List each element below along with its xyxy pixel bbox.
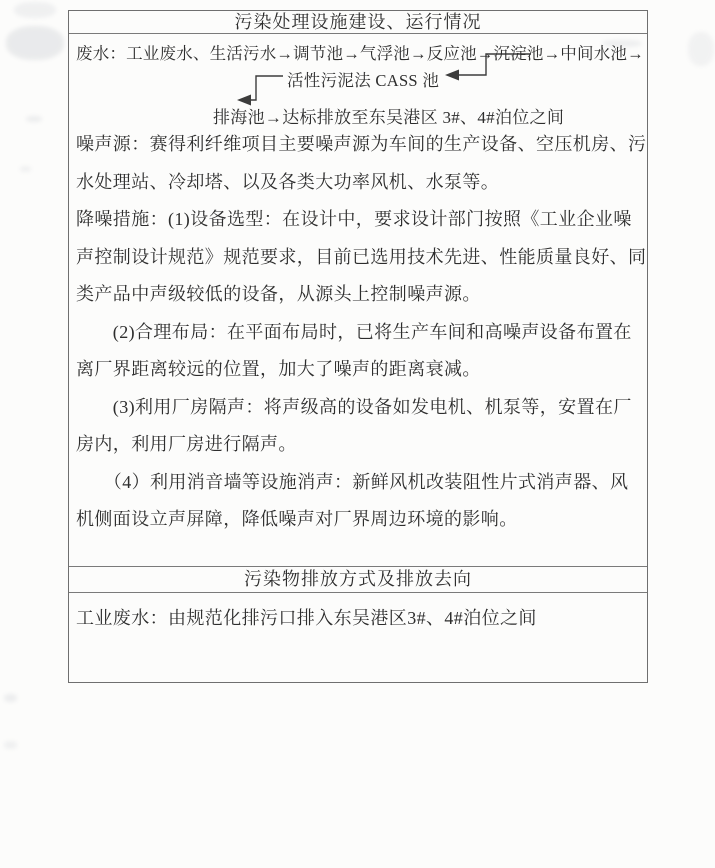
noise-paragraphs: 噪声源：赛得利纤维项目主要噪声源为车间的生产设备、空压机房、污水处理站、冷却塔、… [76,126,644,539]
section-title-treatment: 污染处理设施建设、运行情况 [69,11,647,34]
section-header-row-treatment: 污染处理设施建设、运行情况 [69,11,647,34]
noise-text-line: 房内，利用厂房进行隔声。 [76,426,644,464]
wastewater-flow-line: 废水：工业废水、生活污水→调节池→气浮池→反应池→沉淀池→中间水池→ [76,40,644,64]
elbow-arrow-into-discharge-icon [237,76,283,106]
scan-smudge [20,166,31,172]
noise-text-line: 降噪措施：(1)设备选型：在设计中，要求设计部门按照《工业企业噪 [76,201,644,239]
noise-text-line: (3)利用厂房隔声：将声级高的设备如发电机、机泵等，安置在厂 [76,389,644,427]
discharge-destination-cell: 工业废水：由规范化排污口排入东吴港区3#、4#泊位之间 [69,593,647,682]
noise-text-line: 类产品中声级较低的设备，从源头上控制噪声源。 [76,276,644,314]
scan-smudge [14,2,56,18]
treatment-detail-cell: 废水：工业废水、生活污水→调节池→气浮池→反应池→沉淀池→中间水池→ 活性污泥法… [69,34,647,567]
section-title-discharge: 污染物排放方式及排放去向 [69,567,647,592]
scan-smudge [4,741,17,749]
noise-text-line: 水处理站、冷却塔、以及各类大功率风机、水泵等。 [76,164,644,202]
report-table: 污染处理设施建设、运行情况 废水：工业废水、生活污水→调节池→气浮池→反应池→沉… [68,10,648,683]
section-header-row-discharge: 污染物排放方式及排放去向 [69,567,647,593]
noise-text-line: (2)合理布局：在平面布局时，已将生产车间和高噪声设备布置在 [76,314,644,352]
scanned-document-page: 污染处理设施建设、运行情况 废水：工业废水、生活污水→调节池→气浮池→反应池→沉… [0,0,715,868]
sea-discharge-line: 排海池→达标排放至东吴港区 3#、4#泊位之间 [213,103,564,128]
scan-smudge [26,116,42,122]
noise-text-line: （4）利用消音墙等设施消声：新鲜风机改装阻性片式消声器、风 [76,464,644,502]
cass-pool-label: 活性污泥法 CASS 池 [287,67,439,91]
scan-smudge [6,26,64,60]
discharge-destination-text: 工业废水：由规范化排污口排入东吴港区3#、4#泊位之间 [76,604,537,630]
noise-text-line: 噪声源：赛得利纤维项目主要噪声源为车间的生产设备、空压机房、污 [76,126,644,164]
noise-text-line: 机侧面设立声屏障，降低噪声对厂界周边环境的影响。 [76,501,644,539]
noise-text-line: 声控制设计规范》规范要求，目前已选用技术先进、性能质量良好、同 [76,239,644,277]
scan-smudge [688,32,714,66]
noise-text-line: 离厂界距离较远的位置，加大了噪声的距离衰减。 [76,351,644,389]
scan-smudge [4,694,17,702]
